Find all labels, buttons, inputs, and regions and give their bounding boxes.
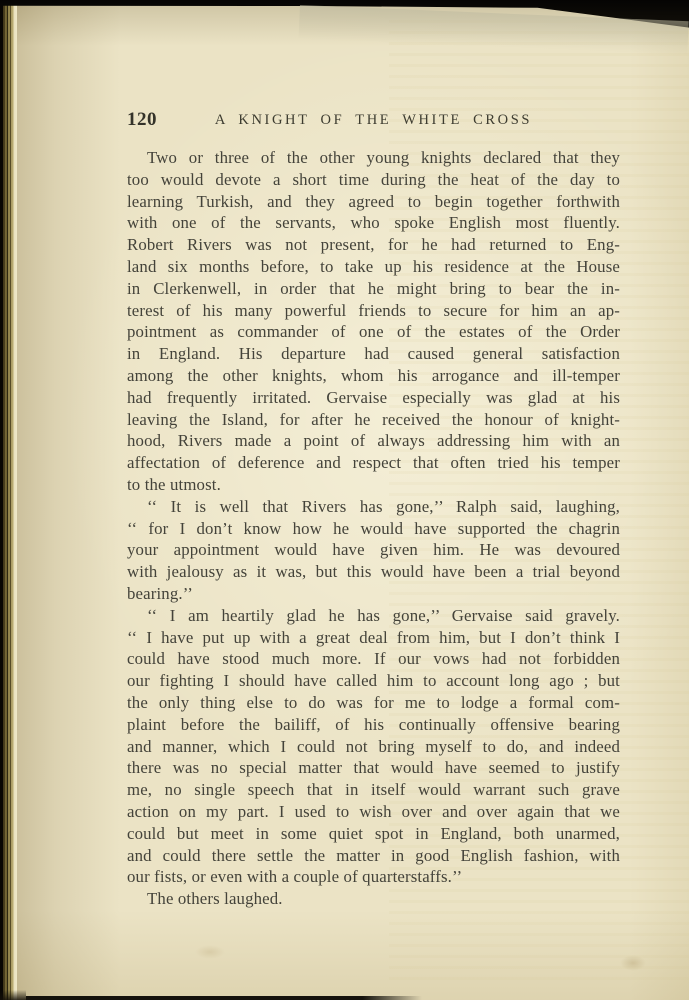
text-line: ‘‘ I am heartily glad he has gone,’’ Ger… — [127, 605, 620, 627]
text-line: the only thing else to do was for me to … — [127, 692, 620, 714]
text-line: had frequently irritated. Gervaise espec… — [127, 387, 620, 409]
text-line: to the utmost. — [127, 474, 620, 496]
text-line: Robert Rivers was not present, for he ha… — [127, 234, 620, 256]
text-line: too would devote a short time during the… — [127, 169, 620, 191]
text-line: land six months before, to take up his r… — [127, 256, 620, 278]
paragraph: ‘‘ It is well that Rivers has gone,’’ Ra… — [127, 496, 620, 605]
text-line: ‘‘ for I don’t know how he would have su… — [127, 518, 620, 540]
text-line: our fists, or even with a couple of quar… — [127, 866, 620, 888]
paper-stain — [620, 955, 646, 971]
paper-stain — [195, 945, 225, 959]
text-line: ‘‘ I have put up with a great deal from … — [127, 627, 620, 649]
text-line: with jealousy as it was, but this would … — [127, 561, 620, 583]
book-binding-edge — [0, 0, 17, 1000]
running-title: A KNIGHT OF THE WHITE CROSS — [127, 112, 620, 129]
book-page-scan: 120 A KNIGHT OF THE WHITE CROSS Two or t… — [0, 0, 689, 1000]
text-line: in Clerkenwell, in order that he might b… — [127, 278, 620, 300]
text-line: The others laughed. — [127, 888, 620, 910]
paragraph: ‘‘ I am heartily glad he has gone,’’ Ger… — [127, 605, 620, 888]
text-line: plaint before the bailiff, of his contin… — [127, 714, 620, 736]
text-line: affectation of deference and respect tha… — [127, 452, 620, 474]
page-bottom-edge — [26, 996, 422, 1000]
text-line: our fighting I should have called him to… — [127, 670, 620, 692]
text-line: your appointment would have given him. H… — [127, 539, 620, 561]
text-line: bearing.’’ — [127, 583, 620, 605]
text-line: learning Turkish, and they agreed to beg… — [127, 191, 620, 213]
page-header: 120 A KNIGHT OF THE WHITE CROSS — [127, 109, 620, 131]
text-line: there was no special matter that would h… — [127, 757, 620, 779]
text-line: and manner, which I could not bring myse… — [127, 736, 620, 758]
text-line: hood, Rivers made a point of always addr… — [127, 430, 620, 452]
text-line: pointment as commander of one of the est… — [127, 321, 620, 343]
text-line: action on my part. I used to wish over a… — [127, 801, 620, 823]
text-line: and could there settle the matter in goo… — [127, 845, 620, 867]
page-body: Two or three of the other young knights … — [127, 147, 620, 910]
page-bottom-corner — [0, 990, 26, 1000]
text-line: could but meet in some quiet spot in Eng… — [127, 823, 620, 845]
text-line: with one of the servants, who spoke Engl… — [127, 212, 620, 234]
paragraph: The others laughed. — [127, 888, 620, 910]
text-line: among the other knights, whom his arroga… — [127, 365, 620, 387]
text-line: leaving the Island, for after he receive… — [127, 409, 620, 431]
text-line: Two or three of the other young knights … — [127, 147, 620, 169]
text-line: ‘‘ It is well that Rivers has gone,’’ Ra… — [127, 496, 620, 518]
text-line: me, no single speech that in itself woul… — [127, 779, 620, 801]
paragraph: Two or three of the other young knights … — [127, 147, 620, 496]
text-line: in England. His departure had caused gen… — [127, 343, 620, 365]
text-line: could have stood much more. If our vows … — [127, 648, 620, 670]
text-line: terest of his many powerful friends to s… — [127, 300, 620, 322]
